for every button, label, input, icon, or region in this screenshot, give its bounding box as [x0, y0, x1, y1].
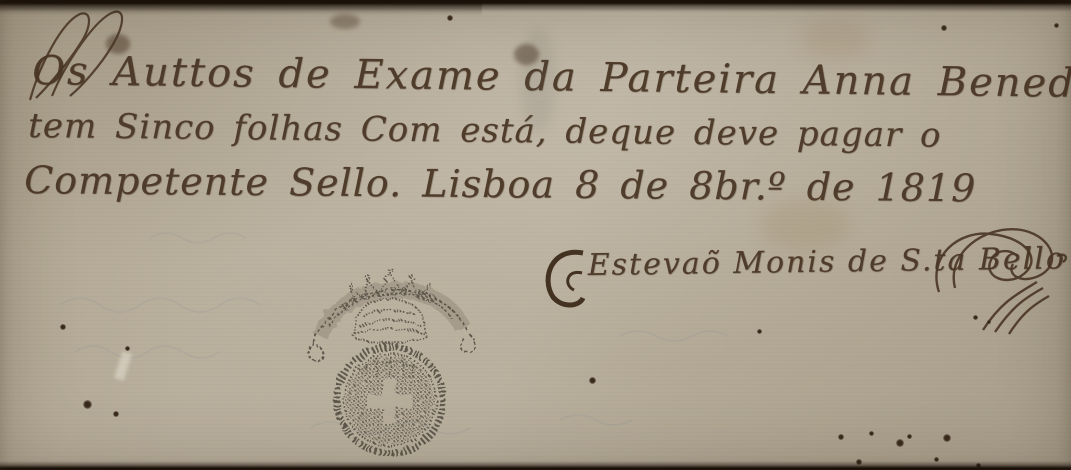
manuscript-page: Os Auttos de Exame da Parteira Anna Bene… [0, 0, 1071, 470]
vignette [0, 0, 1071, 470]
